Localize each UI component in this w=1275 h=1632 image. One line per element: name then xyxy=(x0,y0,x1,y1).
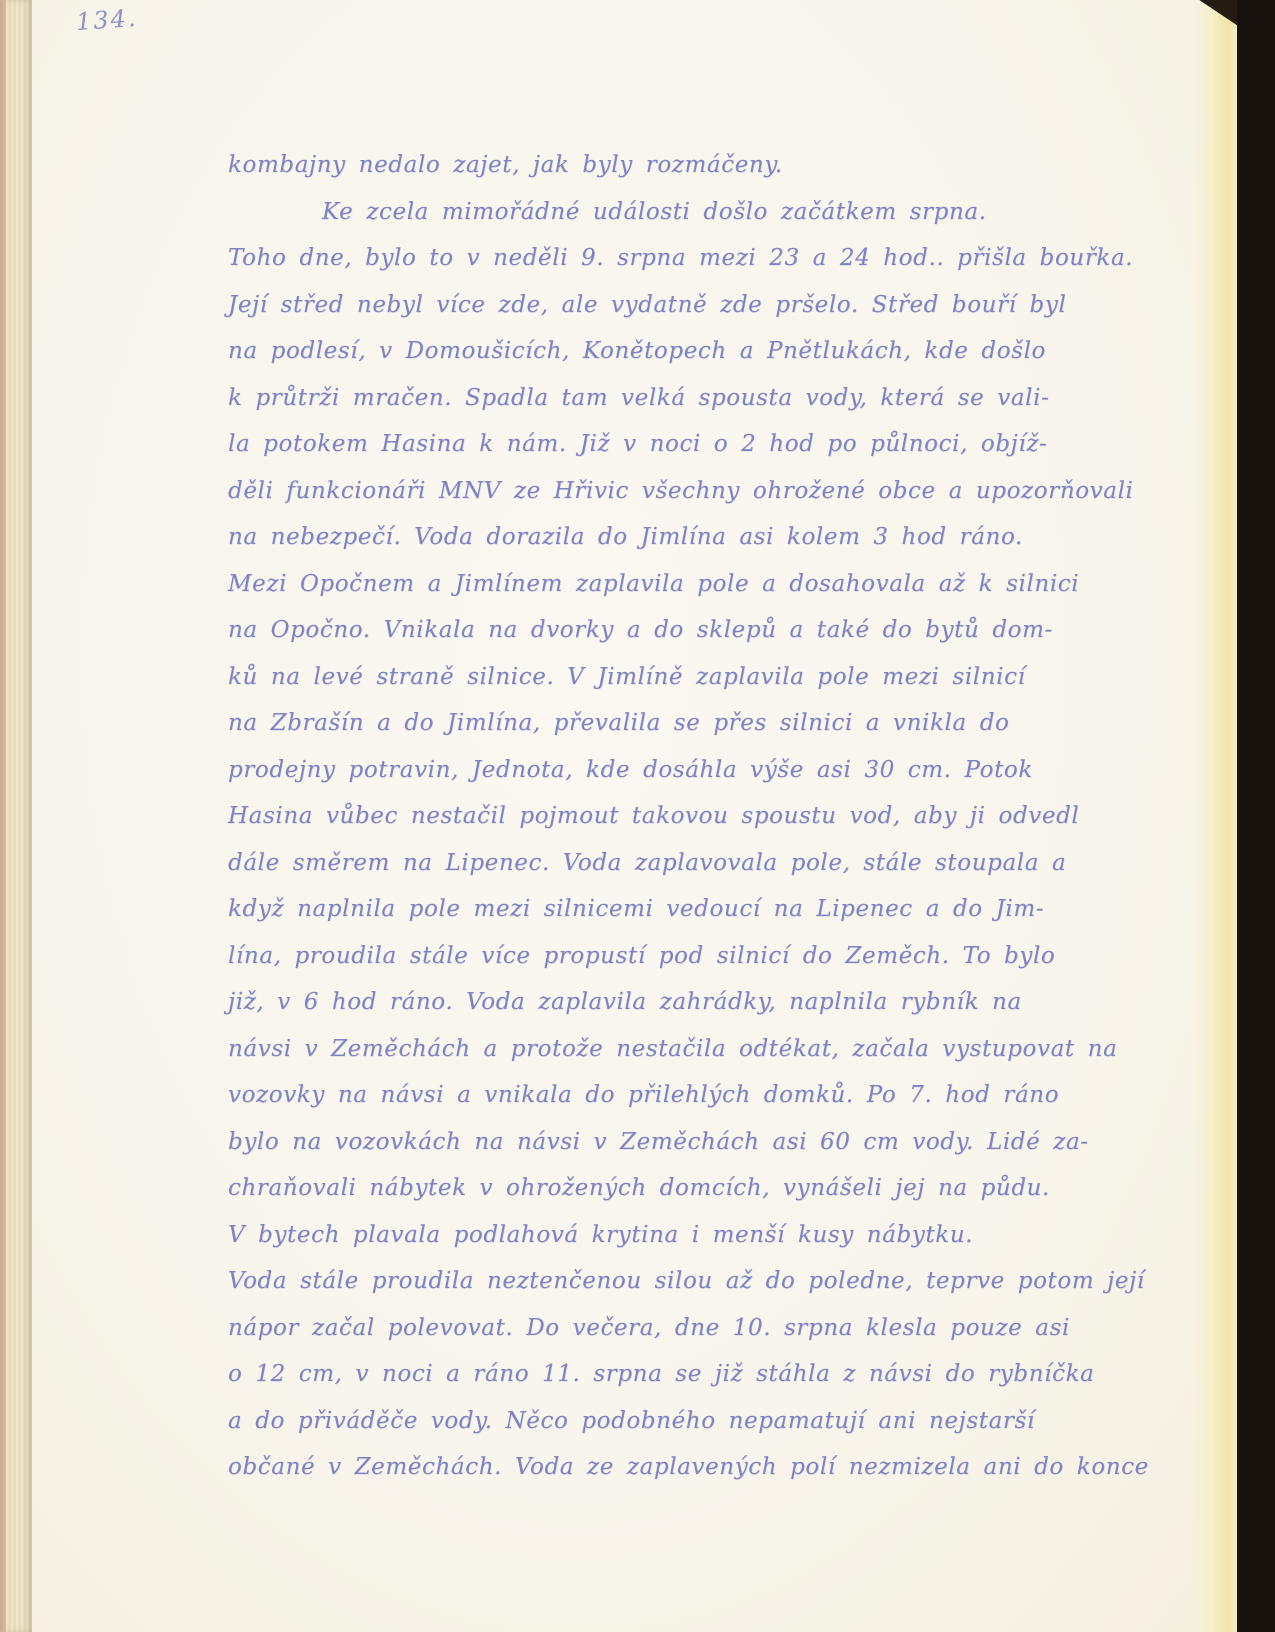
handwritten-line-text: na nebezpečí. Voda dorazila do Jimlína a… xyxy=(228,524,1023,550)
handwritten-line: vozovky na návsi a vnikala do přilehlých… xyxy=(228,1072,1143,1119)
handwritten-line: na podlesí, v Domoušicích, Konětopech a … xyxy=(228,328,1143,375)
handwritten-line: Toho dne, bylo to v neděli 9. srpna mezi… xyxy=(228,235,1143,282)
handwritten-line-text: prodejny potravin, Jednota, kde dosáhla … xyxy=(228,757,1033,783)
handwritten-line: bylo na vozovkách na návsi v Zeměchách a… xyxy=(228,1119,1143,1166)
stacked-page-edges-left xyxy=(6,0,32,1632)
handwritten-line-text: Hasina vůbec nestačil pojmout takovou sp… xyxy=(228,803,1079,829)
handwritten-line: lína, proudila stále více propustí pod s… xyxy=(228,933,1143,980)
handwritten-line: Její střed nebyl více zde, ale vydatně z… xyxy=(228,282,1143,329)
handwritten-line-text: k průtrži mračen. Spadla tam velká spous… xyxy=(228,385,1049,411)
handwritten-line: a do přiváděče vody. Něco podobného nepa… xyxy=(228,1398,1143,1445)
handwritten-line: V bytech plavala podlahová krytina i men… xyxy=(228,1212,1143,1259)
handwritten-line-text: děli funkcionáři MNV ze Hřivic všechny o… xyxy=(228,478,1134,504)
handwritten-line: prodejny potravin, Jednota, kde dosáhla … xyxy=(228,747,1143,794)
handwritten-line-text: kombajny nedalo zajet, jak byly rozmáčen… xyxy=(228,152,783,178)
chronicle-page: 134. kombajny nedalo zajet, jak byly roz… xyxy=(32,0,1237,1632)
handwritten-line-text: V bytech plavala podlahová krytina i men… xyxy=(228,1222,973,1248)
handwritten-line: Mezi Opočnem a Jimlínem zaplavila pole a… xyxy=(228,561,1143,608)
handwritten-line: ků na levé straně silnice. V Jimlíně zap… xyxy=(228,654,1143,701)
handwritten-line-text: la potokem Hasina k nám. Již v noci o 2 … xyxy=(228,431,1047,457)
handwritten-line: nápor začal polevovat. Do večera, dne 10… xyxy=(228,1305,1143,1352)
handwritten-line: k průtrži mračen. Spadla tam velká spous… xyxy=(228,375,1143,422)
handwritten-line-text: na Opočno. Vnikala na dvorky a do sklepů… xyxy=(228,617,1053,643)
handwritten-line: kombajny nedalo zajet, jak byly rozmáčen… xyxy=(228,142,1143,189)
handwritten-line-text: vozovky na návsi a vnikala do přilehlých… xyxy=(228,1082,1059,1108)
handwritten-line-text: nápor začal polevovat. Do večera, dne 10… xyxy=(228,1315,1070,1341)
handwritten-line: na Opočno. Vnikala na dvorky a do sklepů… xyxy=(228,607,1143,654)
handwritten-line-text: návsi v Zeměchách a protože nestačila od… xyxy=(228,1036,1117,1062)
handwritten-line-text: Ke zcela mimořádné události došlo začátk… xyxy=(322,199,987,225)
handwritten-line-text: Její střed nebyl více zde, ale vydatně z… xyxy=(228,292,1066,318)
handwritten-line-text: bylo na vozovkách na návsi v Zeměchách a… xyxy=(228,1129,1089,1155)
handwritten-line-text: lína, proudila stále více propustí pod s… xyxy=(228,943,1055,969)
handwritten-line: občané v Zeměchách. Voda ze zaplavených … xyxy=(228,1444,1143,1491)
page-number: 134. xyxy=(75,4,138,36)
handwritten-line-text: na podlesí, v Domoušicích, Konětopech a … xyxy=(228,338,1046,364)
handwritten-line: o 12 cm, v noci a ráno 11. srpna se již … xyxy=(228,1351,1143,1398)
handwritten-line-text: Mezi Opočnem a Jimlínem zaplavila pole a… xyxy=(228,571,1079,597)
handwritten-line: děli funkcionáři MNV ze Hřivic všechny o… xyxy=(228,468,1143,515)
chronicle-book: 134. kombajny nedalo zajet, jak byly roz… xyxy=(0,0,1275,1632)
handwritten-line: Ke zcela mimořádné události došlo začátk… xyxy=(228,189,1143,236)
handwritten-line-text: o 12 cm, v noci a ráno 11. srpna se již … xyxy=(228,1361,1094,1387)
handwritten-line-text: když naplnila pole mezi silnicemi vedouc… xyxy=(228,896,1044,922)
handwritten-line: na nebezpečí. Voda dorazila do Jimlína a… xyxy=(228,514,1143,561)
handwritten-line-text: již, v 6 hod ráno. Voda zaplavila zahrád… xyxy=(228,989,1022,1015)
handwritten-line: na Zbrašín a do Jimlína, převalila se př… xyxy=(228,700,1143,747)
handwritten-line: Hasina vůbec nestačil pojmout takovou sp… xyxy=(228,793,1143,840)
handwritten-line: návsi v Zeměchách a protože nestačila od… xyxy=(228,1026,1143,1073)
handwritten-line: když naplnila pole mezi silnicemi vedouc… xyxy=(228,886,1143,933)
handwritten-line: la potokem Hasina k nám. Již v noci o 2 … xyxy=(228,421,1143,468)
handwritten-line-text: a do přiváděče vody. Něco podobného nepa… xyxy=(228,1408,1035,1434)
handwritten-line-text: na Zbrašín a do Jimlína, převalila se př… xyxy=(228,710,1009,736)
handwritten-line-text: chraňovali nábytek v ohrožených domcích,… xyxy=(228,1175,1050,1201)
handwritten-text-block: kombajny nedalo zajet, jak byly rozmáčen… xyxy=(228,142,1143,1491)
handwritten-line-text: ků na levé straně silnice. V Jimlíně zap… xyxy=(228,664,1026,690)
handwritten-line-text: občané v Zeměchách. Voda ze zaplavených … xyxy=(228,1454,1149,1480)
handwritten-line-text: Voda stále proudila neztenčenou silou až… xyxy=(228,1268,1145,1294)
next-page-edge-right xyxy=(1192,0,1237,1632)
handwritten-line-text: dále směrem na Lipenec. Voda zaplavovala… xyxy=(228,850,1066,876)
handwritten-line: dále směrem na Lipenec. Voda zaplavovala… xyxy=(228,840,1143,887)
handwritten-line: již, v 6 hod ráno. Voda zaplavila zahrád… xyxy=(228,979,1143,1026)
handwritten-line: chraňovali nábytek v ohrožených domcích,… xyxy=(228,1165,1143,1212)
handwritten-line-text: Toho dne, bylo to v neděli 9. srpna mezi… xyxy=(228,245,1133,271)
handwritten-line: Voda stále proudila neztenčenou silou až… xyxy=(228,1258,1143,1305)
